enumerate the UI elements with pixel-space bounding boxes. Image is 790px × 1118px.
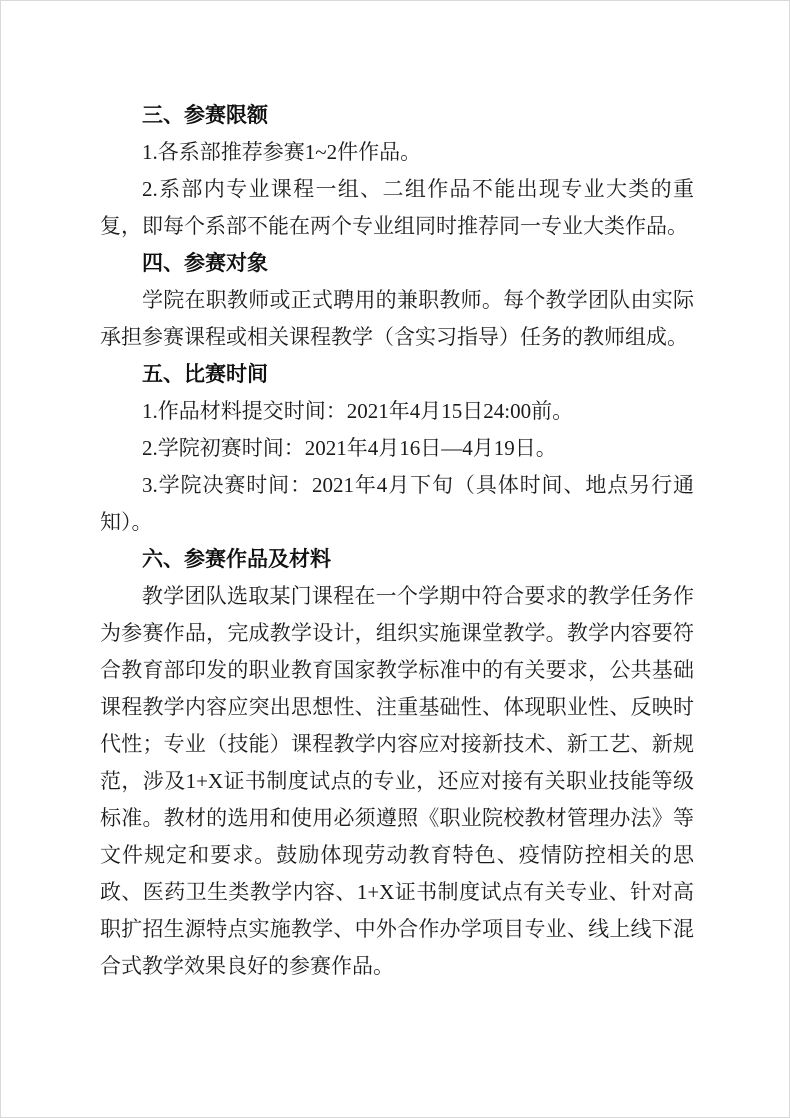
paragraph: 1.各系部推荐参赛1~2件作品。 (100, 134, 694, 171)
section-bisai-shijian: 五、比赛时间 1.作品材料提交时间：2021年4月15日24:00前。 2.学院… (100, 356, 694, 541)
paragraph: 2.学院初赛时间：2021年4月16日—4月19日。 (100, 430, 694, 467)
paragraph: 教学团队选取某门课程在一个学期中符合要求的教学任务作为参赛作品，完成教学设计，组… (100, 578, 694, 985)
section-heading: 五、比赛时间 (100, 356, 694, 393)
section-heading: 六、参赛作品及材料 (100, 541, 694, 578)
paragraph: 2.系部内专业课程一组、二组作品不能出现专业大类的重复，即每个系部不能在两个专业… (100, 171, 694, 245)
section-heading: 三、参赛限额 (100, 97, 694, 134)
paragraph: 3.学院决赛时间：2021年4月下旬（具体时间、地点另行通知）。 (100, 467, 694, 541)
section-canhsai-xiane: 三、参赛限额 1.各系部推荐参赛1~2件作品。 2.系部内专业课程一组、二组作品… (100, 97, 694, 245)
paragraph: 1.作品材料提交时间：2021年4月15日24:00前。 (100, 393, 694, 430)
document-page: 三、参赛限额 1.各系部推荐参赛1~2件作品。 2.系部内专业课程一组、二组作品… (0, 0, 790, 1118)
document-content: 三、参赛限额 1.各系部推荐参赛1~2件作品。 2.系部内专业课程一组、二组作品… (100, 97, 694, 985)
section-canhsai-duixiang: 四、参赛对象 学院在职教师或正式聘用的兼职教师。每个教学团队由实际承担参赛课程或… (100, 245, 694, 356)
section-canhsai-zuopin: 六、参赛作品及材料 教学团队选取某门课程在一个学期中符合要求的教学任务作为参赛作… (100, 541, 694, 985)
paragraph: 学院在职教师或正式聘用的兼职教师。每个教学团队由实际承担参赛课程或相关课程教学（… (100, 282, 694, 356)
section-heading: 四、参赛对象 (100, 245, 694, 282)
